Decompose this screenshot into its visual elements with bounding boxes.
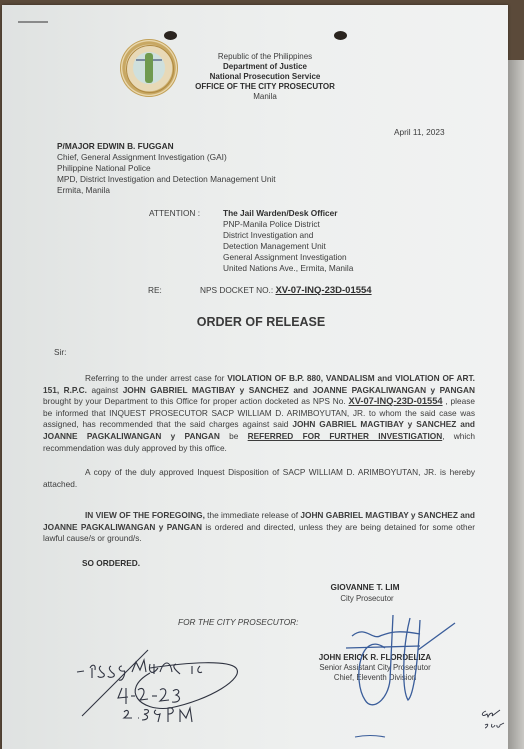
initials-scribble <box>482 710 504 728</box>
signature-icon <box>346 615 455 705</box>
pen-mark <box>355 736 385 738</box>
handwriting-layer <box>0 0 524 749</box>
receipt-note-scribble <box>77 650 237 722</box>
